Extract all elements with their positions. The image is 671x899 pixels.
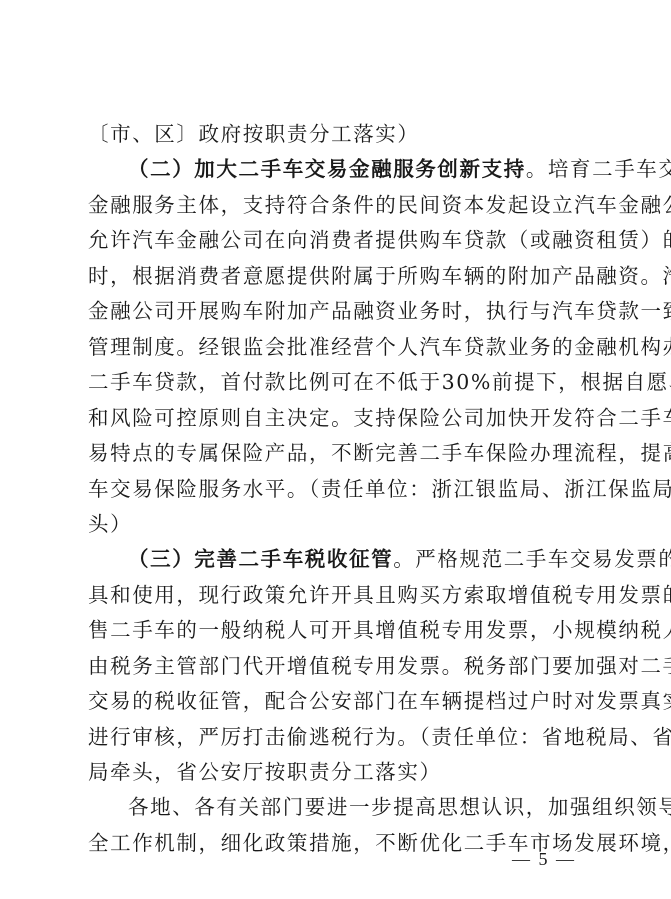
text-line: （二）加大二手车交易金融服务创新支持。培育二手车交易 — [128, 157, 588, 181]
text-line: 各地、各有关部门要进一步提高思想认识，加强组织领导，健 — [128, 795, 588, 819]
document-page: 〔市、区〕政府按职责分工落实）（二）加大二手车交易金融服务创新支持。培育二手车交… — [0, 0, 671, 899]
text-line: 由税务主管部门代开增值税专用发票。税务部门要加强对二手车 — [88, 654, 588, 678]
line-text: 金融公司开展购车附加产品融资业务时，执行与汽车贷款一致的 — [88, 299, 671, 323]
line-text: 〔市、区〕政府按职责分工落实） — [88, 122, 420, 146]
line-text: 局牵头，省公安厅按职责分工落实） — [88, 760, 442, 784]
line-text: 各地、各有关部门要进一步提高思想认识，加强组织领导，健 — [128, 795, 671, 819]
line-text: 二手车贷款，首付款比例可在不低于30%前提下，根据自愿、审慎 — [88, 370, 671, 394]
text-line: 头） — [88, 512, 588, 536]
line-text: 售二手车的一般纳税人可开具增值税专用发票，小规模纳税人可 — [88, 618, 671, 642]
text-line: （三）完善二手车税收征管。严格规范二手车交易发票的开 — [128, 547, 588, 571]
line-text: 。严格规范二手车交易发票的开 — [393, 547, 671, 571]
text-line: 具和使用，现行政策允许开具且购买方索取增值税专用发票的，销 — [88, 583, 588, 607]
text-line: 车交易保险服务水平。（责任单位：浙江银监局、浙江保监局牵 — [88, 477, 588, 501]
page-number: — 5 — — [512, 848, 576, 870]
text-line: 交易的税收征管，配合公安部门在车辆提档过户时对发票真实性 — [88, 689, 588, 713]
line-text: 。培育二手车交易 — [526, 157, 671, 181]
text-line: 金融服务主体，支持符合条件的民间资本发起设立汽车金融公司。 — [88, 193, 588, 217]
line-text: 允许汽车金融公司在向消费者提供购车贷款（或融资租赁）的同 — [88, 228, 671, 252]
line-text: 全工作机制，细化政策措施，不断优化二手车市场发展环境，努力 — [88, 831, 671, 855]
text-line: 售二手车的一般纳税人可开具增值税专用发票，小规模纳税人可 — [88, 618, 588, 642]
line-text: 头） — [88, 512, 132, 536]
text-line: 时，根据消费者意愿提供附属于所购车辆的附加产品融资。汽车 — [88, 264, 588, 288]
line-text: 时，根据消费者意愿提供附属于所购车辆的附加产品融资。汽车 — [88, 264, 671, 288]
text-line: 〔市、区〕政府按职责分工落实） — [88, 122, 588, 146]
line-text: 车交易保险服务水平。（责任单位：浙江银监局、浙江保监局牵 — [88, 477, 671, 501]
text-line: 和风险可控原则自主决定。支持保险公司加快开发符合二手车交 — [88, 406, 588, 430]
section-heading: （二）加大二手车交易金融服务创新支持 — [128, 157, 526, 181]
line-text: 易特点的专属保险产品，不断完善二手车保险办理流程，提高二手 — [88, 441, 671, 465]
section-heading: （三）完善二手车税收征管 — [128, 547, 393, 571]
text-line: 易特点的专属保险产品，不断完善二手车保险办理流程，提高二手 — [88, 441, 588, 465]
line-text: 进行审核，严厉打击偷逃税行为。（责任单位：省地税局、省国税 — [88, 725, 671, 749]
text-line: 二手车贷款，首付款比例可在不低于30%前提下，根据自愿、审慎 — [88, 370, 588, 394]
text-line: 进行审核，严厉打击偷逃税行为。（责任单位：省地税局、省国税 — [88, 725, 588, 749]
text-line: 允许汽车金融公司在向消费者提供购车贷款（或融资租赁）的同 — [88, 228, 588, 252]
line-text: 管理制度。经银监会批准经营个人汽车贷款业务的金融机构办理 — [88, 335, 671, 359]
line-text: 交易的税收征管，配合公安部门在车辆提档过户时对发票真实性 — [88, 689, 671, 713]
line-text: 金融服务主体，支持符合条件的民间资本发起设立汽车金融公司。 — [88, 193, 671, 217]
text-line: 金融公司开展购车附加产品融资业务时，执行与汽车贷款一致的 — [88, 299, 588, 323]
line-text: 由税务主管部门代开增值税专用发票。税务部门要加强对二手车 — [88, 654, 671, 678]
text-line: 局牵头，省公安厅按职责分工落实） — [88, 760, 588, 784]
line-text: 具和使用，现行政策允许开具且购买方索取增值税专用发票的，销 — [88, 583, 671, 607]
text-line: 管理制度。经银监会批准经营个人汽车贷款业务的金融机构办理 — [88, 335, 588, 359]
line-text: 和风险可控原则自主决定。支持保险公司加快开发符合二手车交 — [88, 406, 671, 430]
